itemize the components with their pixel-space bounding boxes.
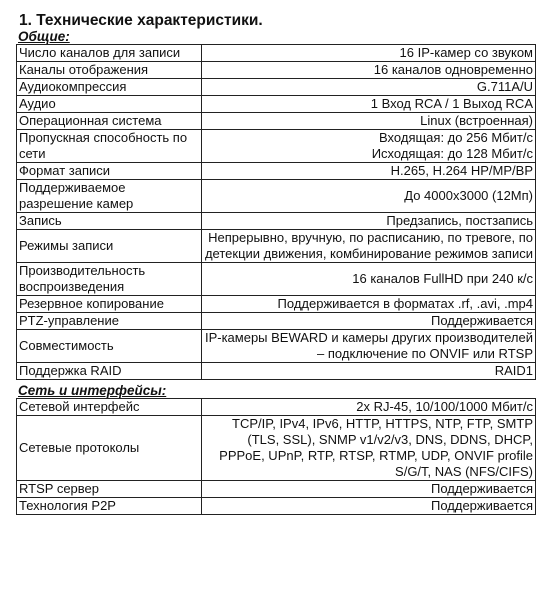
table-row: ЗаписьПредзапись, постзапись [17, 213, 536, 230]
table-row: Поддержка RAIDRAID1 [17, 363, 536, 380]
spec-key: Сетевой интерфейс [17, 399, 202, 416]
spec-value: H.265, H.264 HP/MP/BP [202, 163, 536, 180]
spec-key: Совместимость [17, 330, 202, 363]
table-row: Операционная системаLinux (встроенная) [17, 113, 536, 130]
spec-key: Операционная система [17, 113, 202, 130]
spec-value: Входящая: до 256 Мбит/сИсходящая: до 128… [202, 130, 536, 163]
spec-value: IP-камеры BEWARD и камеры других произво… [202, 330, 536, 363]
spec-key: Пропускная способность по сети [17, 130, 202, 163]
spec-value: G.711A/U [202, 79, 536, 96]
document-title: 1. Технические характеристики. [16, 12, 536, 29]
spec-value: До 4000x3000 (12Мп) [202, 180, 536, 213]
spec-value: 16 каналов FullHD при 240 к/с [202, 263, 536, 296]
spec-key: Каналы отображения [17, 62, 202, 79]
spec-key: Формат записи [17, 163, 202, 180]
spec-key: PTZ-управление [17, 313, 202, 330]
spec-key: Поддерживаемое разрешение камер [17, 180, 202, 213]
spec-value: Предзапись, постзапись [202, 213, 536, 230]
spec-value: 16 IP-камер со звуком [202, 45, 536, 62]
spec-value: TCP/IP, IPv4, IPv6, HTTP, HTTPS, NTP, FT… [202, 416, 536, 481]
spec-value: 1 Вход RCA / 1 Выход RCA [202, 96, 536, 113]
spec-key: Резервное копирование [17, 296, 202, 313]
spec-value: 16 каналов одновременно [202, 62, 536, 79]
spec-key: Число каналов для записи [17, 45, 202, 62]
table-row: Сетевой интерфейс2x RJ-45, 10/100/1000 М… [17, 399, 536, 416]
section-heading-general: Общие: [16, 29, 536, 44]
spec-value: Поддерживается [202, 481, 536, 498]
table-row: АудиокомпрессияG.711A/U [17, 79, 536, 96]
spec-key: Сетевые протоколы [17, 416, 202, 481]
spec-document: 1. Технические характеристики. Общие: Чи… [16, 12, 536, 515]
table-row: СовместимостьIP-камеры BEWARD и камеры д… [17, 330, 536, 363]
table-row: Пропускная способность по сетиВходящая: … [17, 130, 536, 163]
spec-key: RTSP сервер [17, 481, 202, 498]
spec-key: Запись [17, 213, 202, 230]
table-row: Сетевые протоколыTCP/IP, IPv4, IPv6, HTT… [17, 416, 536, 481]
spec-table-general: Число каналов для записи16 IP-камер со з… [16, 44, 536, 380]
spec-key: Технология P2P [17, 498, 202, 515]
table-row: Поддерживаемое разрешение камерДо 4000x3… [17, 180, 536, 213]
table-row: Технология P2PПоддерживается [17, 498, 536, 515]
section-heading-network: Сеть и интерфейсы: [16, 383, 536, 398]
table-row: Число каналов для записи16 IP-камер со з… [17, 45, 536, 62]
spec-value: Непрерывно, вручную, по расписанию, по т… [202, 230, 536, 263]
spec-key: Режимы записи [17, 230, 202, 263]
table-row: PTZ-управлениеПоддерживается [17, 313, 536, 330]
table-row: Производительность воспроизведения16 кан… [17, 263, 536, 296]
table-row: Формат записиH.265, H.264 HP/MP/BP [17, 163, 536, 180]
spec-key: Аудио [17, 96, 202, 113]
spec-value: 2x RJ-45, 10/100/1000 Мбит/с [202, 399, 536, 416]
spec-value: Поддерживается [202, 498, 536, 515]
table-row: Аудио1 Вход RCA / 1 Выход RCA [17, 96, 536, 113]
spec-value: Linux (встроенная) [202, 113, 536, 130]
table-row: Каналы отображения16 каналов одновременн… [17, 62, 536, 79]
spec-table-network: Сетевой интерфейс2x RJ-45, 10/100/1000 М… [16, 398, 536, 515]
spec-value: Поддерживается [202, 313, 536, 330]
spec-key: Производительность воспроизведения [17, 263, 202, 296]
table-row: Режимы записиНепрерывно, вручную, по рас… [17, 230, 536, 263]
table-row: RTSP серверПоддерживается [17, 481, 536, 498]
spec-value: Поддерживается в форматах .rf, .avi, .mp… [202, 296, 536, 313]
spec-key: Поддержка RAID [17, 363, 202, 380]
spec-key: Аудиокомпрессия [17, 79, 202, 96]
spec-value: RAID1 [202, 363, 536, 380]
table-row: Резервное копированиеПоддерживается в фо… [17, 296, 536, 313]
